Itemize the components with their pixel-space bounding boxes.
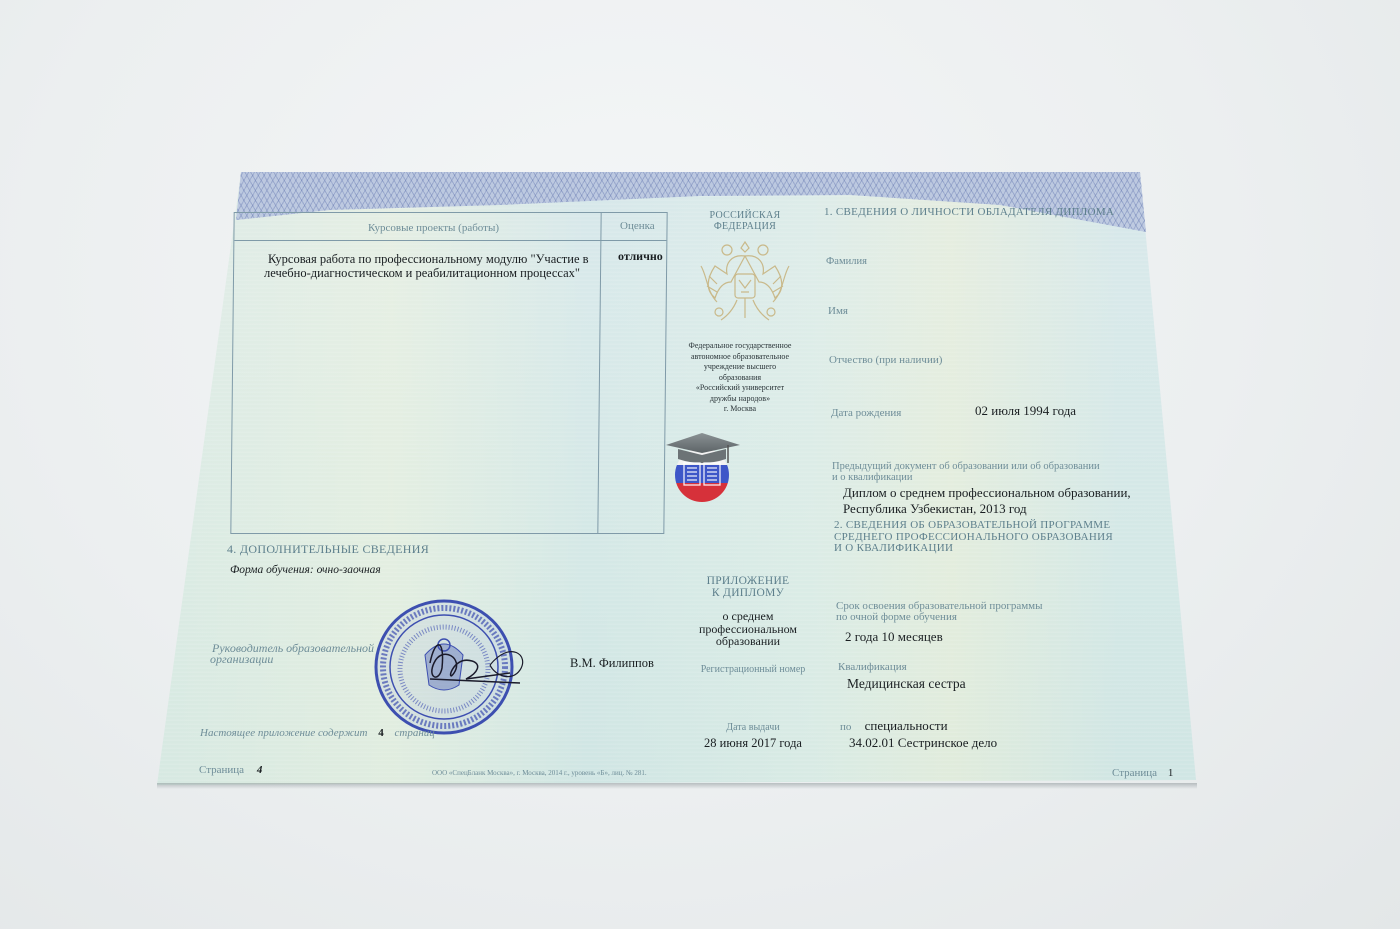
pages-count-prefix: Настоящее приложение содержит <box>200 727 368 739</box>
prev-doc: Диплом о среднем профессиональном образо… <box>843 485 1131 517</box>
name-label: Имя <box>828 305 848 317</box>
coursework-grade: отлично <box>618 249 663 264</box>
patronymic-label: Отчество (при наличии) <box>829 354 942 366</box>
section2-title-line: 2. СВЕДЕНИЯ ОБ ОБРАЗОВАТЕЛЬНОЙ ПРОГРАММЕ <box>834 520 1113 532</box>
table-column-divider <box>597 213 601 533</box>
pages-count-label: Настоящее приложение содержит 4 страниц <box>200 727 435 739</box>
coat-of-arms-icon <box>697 236 793 328</box>
birth-date: 02 июля 1994 года <box>975 403 1076 419</box>
prev-doc-label-line1: Предыдущий документ об образовании или о… <box>832 461 1100 472</box>
specialty-prefix: по <box>840 721 851 733</box>
institution-line: дружбы народов» <box>680 394 800 405</box>
seal-stamp-icon <box>370 595 528 745</box>
institution-line: «Российский университет <box>680 383 800 394</box>
institution-name: Федеральное государственное автономное о… <box>680 341 800 415</box>
pages-count-value: 4 <box>378 727 384 739</box>
specialty-kind-row: по специальности <box>840 718 948 734</box>
country-line1: РОССИЙСКАЯ <box>695 210 795 221</box>
duration-value: 2 года 10 месяцев <box>845 629 943 645</box>
surname-label: Фамилия <box>826 256 867 267</box>
duration-label: Срок освоения образовательной программы … <box>836 601 1043 623</box>
coursework-title-line1: Курсовая работа по профессиональному мод… <box>268 252 589 267</box>
issue-date-label: Дата выдачи <box>690 722 816 733</box>
duration-label-line2: по очной форме обучения <box>836 612 1043 623</box>
table-header-works: Курсовые проекты (работы) <box>368 222 499 234</box>
printer-note: ООО «СпецБланк Москва», г. Москва, 2014 … <box>432 769 647 777</box>
left-page-number: 4 <box>257 764 263 776</box>
reg-number-label: Регистрационный номер <box>690 664 816 675</box>
section4-title: 4. ДОПОЛНИТЕЛЬНЫЕ СВЕДЕНИЯ <box>227 542 429 557</box>
education-level: о среднем профессиональном образовании <box>690 610 806 648</box>
graduation-cap-book-icon <box>662 423 742 505</box>
pages-count-suffix: страниц <box>395 727 435 739</box>
appendix-title: ПРИЛОЖЕНИЕ К ДИПЛОМУ <box>690 575 806 599</box>
prev-doc-line2: Республика Узбекистан, 2013 год <box>843 501 1131 517</box>
head-label-line2: организации <box>210 652 273 667</box>
prev-doc-line1: Диплом о среднем профессиональном образо… <box>843 485 1131 501</box>
institution-line: образования <box>680 373 800 384</box>
right-page-label: Страница <box>1112 767 1157 779</box>
right-page-footer: Страница 1 <box>1112 767 1173 779</box>
institution-line: учреждение высшего <box>680 362 800 373</box>
section2-title: 2. СВЕДЕНИЯ ОБ ОБРАЗОВАТЕЛЬНОЙ ПРОГРАММЕ… <box>834 520 1113 555</box>
study-form: Форма обучения: очно-заочная <box>230 564 381 576</box>
section1-title: 1. СВЕДЕНИЯ О ЛИЧНОСТИ ОБЛАДАТЕЛЯ ДИПЛОМ… <box>824 206 1114 218</box>
institution-line: автономное образовательное <box>680 352 800 363</box>
table-header-grade: Оценка <box>620 220 655 232</box>
head-name: В.М. Филиппов <box>570 656 654 671</box>
qualification-value: Медицинская сестра <box>847 676 966 692</box>
prev-doc-label-line2: и о квалификации <box>832 472 1100 483</box>
left-page-label: Страница <box>199 764 244 776</box>
left-page-footer: Страница 4 <box>199 764 262 776</box>
diploma-supplement-photo: Курсовые проекты (работы) Оценка Курсова… <box>0 0 1400 929</box>
right-page-number: 1 <box>1168 767 1174 779</box>
education-level-line: образовании <box>690 635 806 648</box>
section2-title-line: И О КВАЛИФИКАЦИИ <box>834 543 1113 555</box>
prev-doc-label: Предыдущий документ об образовании или о… <box>832 461 1100 483</box>
appendix-title-line2: К ДИПЛОМУ <box>690 587 806 599</box>
education-level-line: о среднем <box>690 610 806 623</box>
institution-line: г. Москва <box>680 404 800 415</box>
specialty-value: 34.02.01 Сестринское дело <box>849 735 997 751</box>
issue-date: 28 июня 2017 года <box>690 736 816 751</box>
coursework-title-line2: лечебно-диагностическом и реабилитационн… <box>264 266 580 281</box>
birth-date-label: Дата рождения <box>831 407 901 419</box>
specialty-kind: специальности <box>865 718 948 733</box>
qualification-label: Квалификация <box>838 661 907 673</box>
country-line2: ФЕДЕРАЦИЯ <box>695 221 795 232</box>
appendix-title-line1: ПРИЛОЖЕНИЕ <box>690 575 806 587</box>
country-title: РОССИЙСКАЯ ФЕДЕРАЦИЯ <box>695 210 795 232</box>
paper-shadow <box>157 783 1197 789</box>
institution-line: Федеральное государственное <box>680 341 800 352</box>
